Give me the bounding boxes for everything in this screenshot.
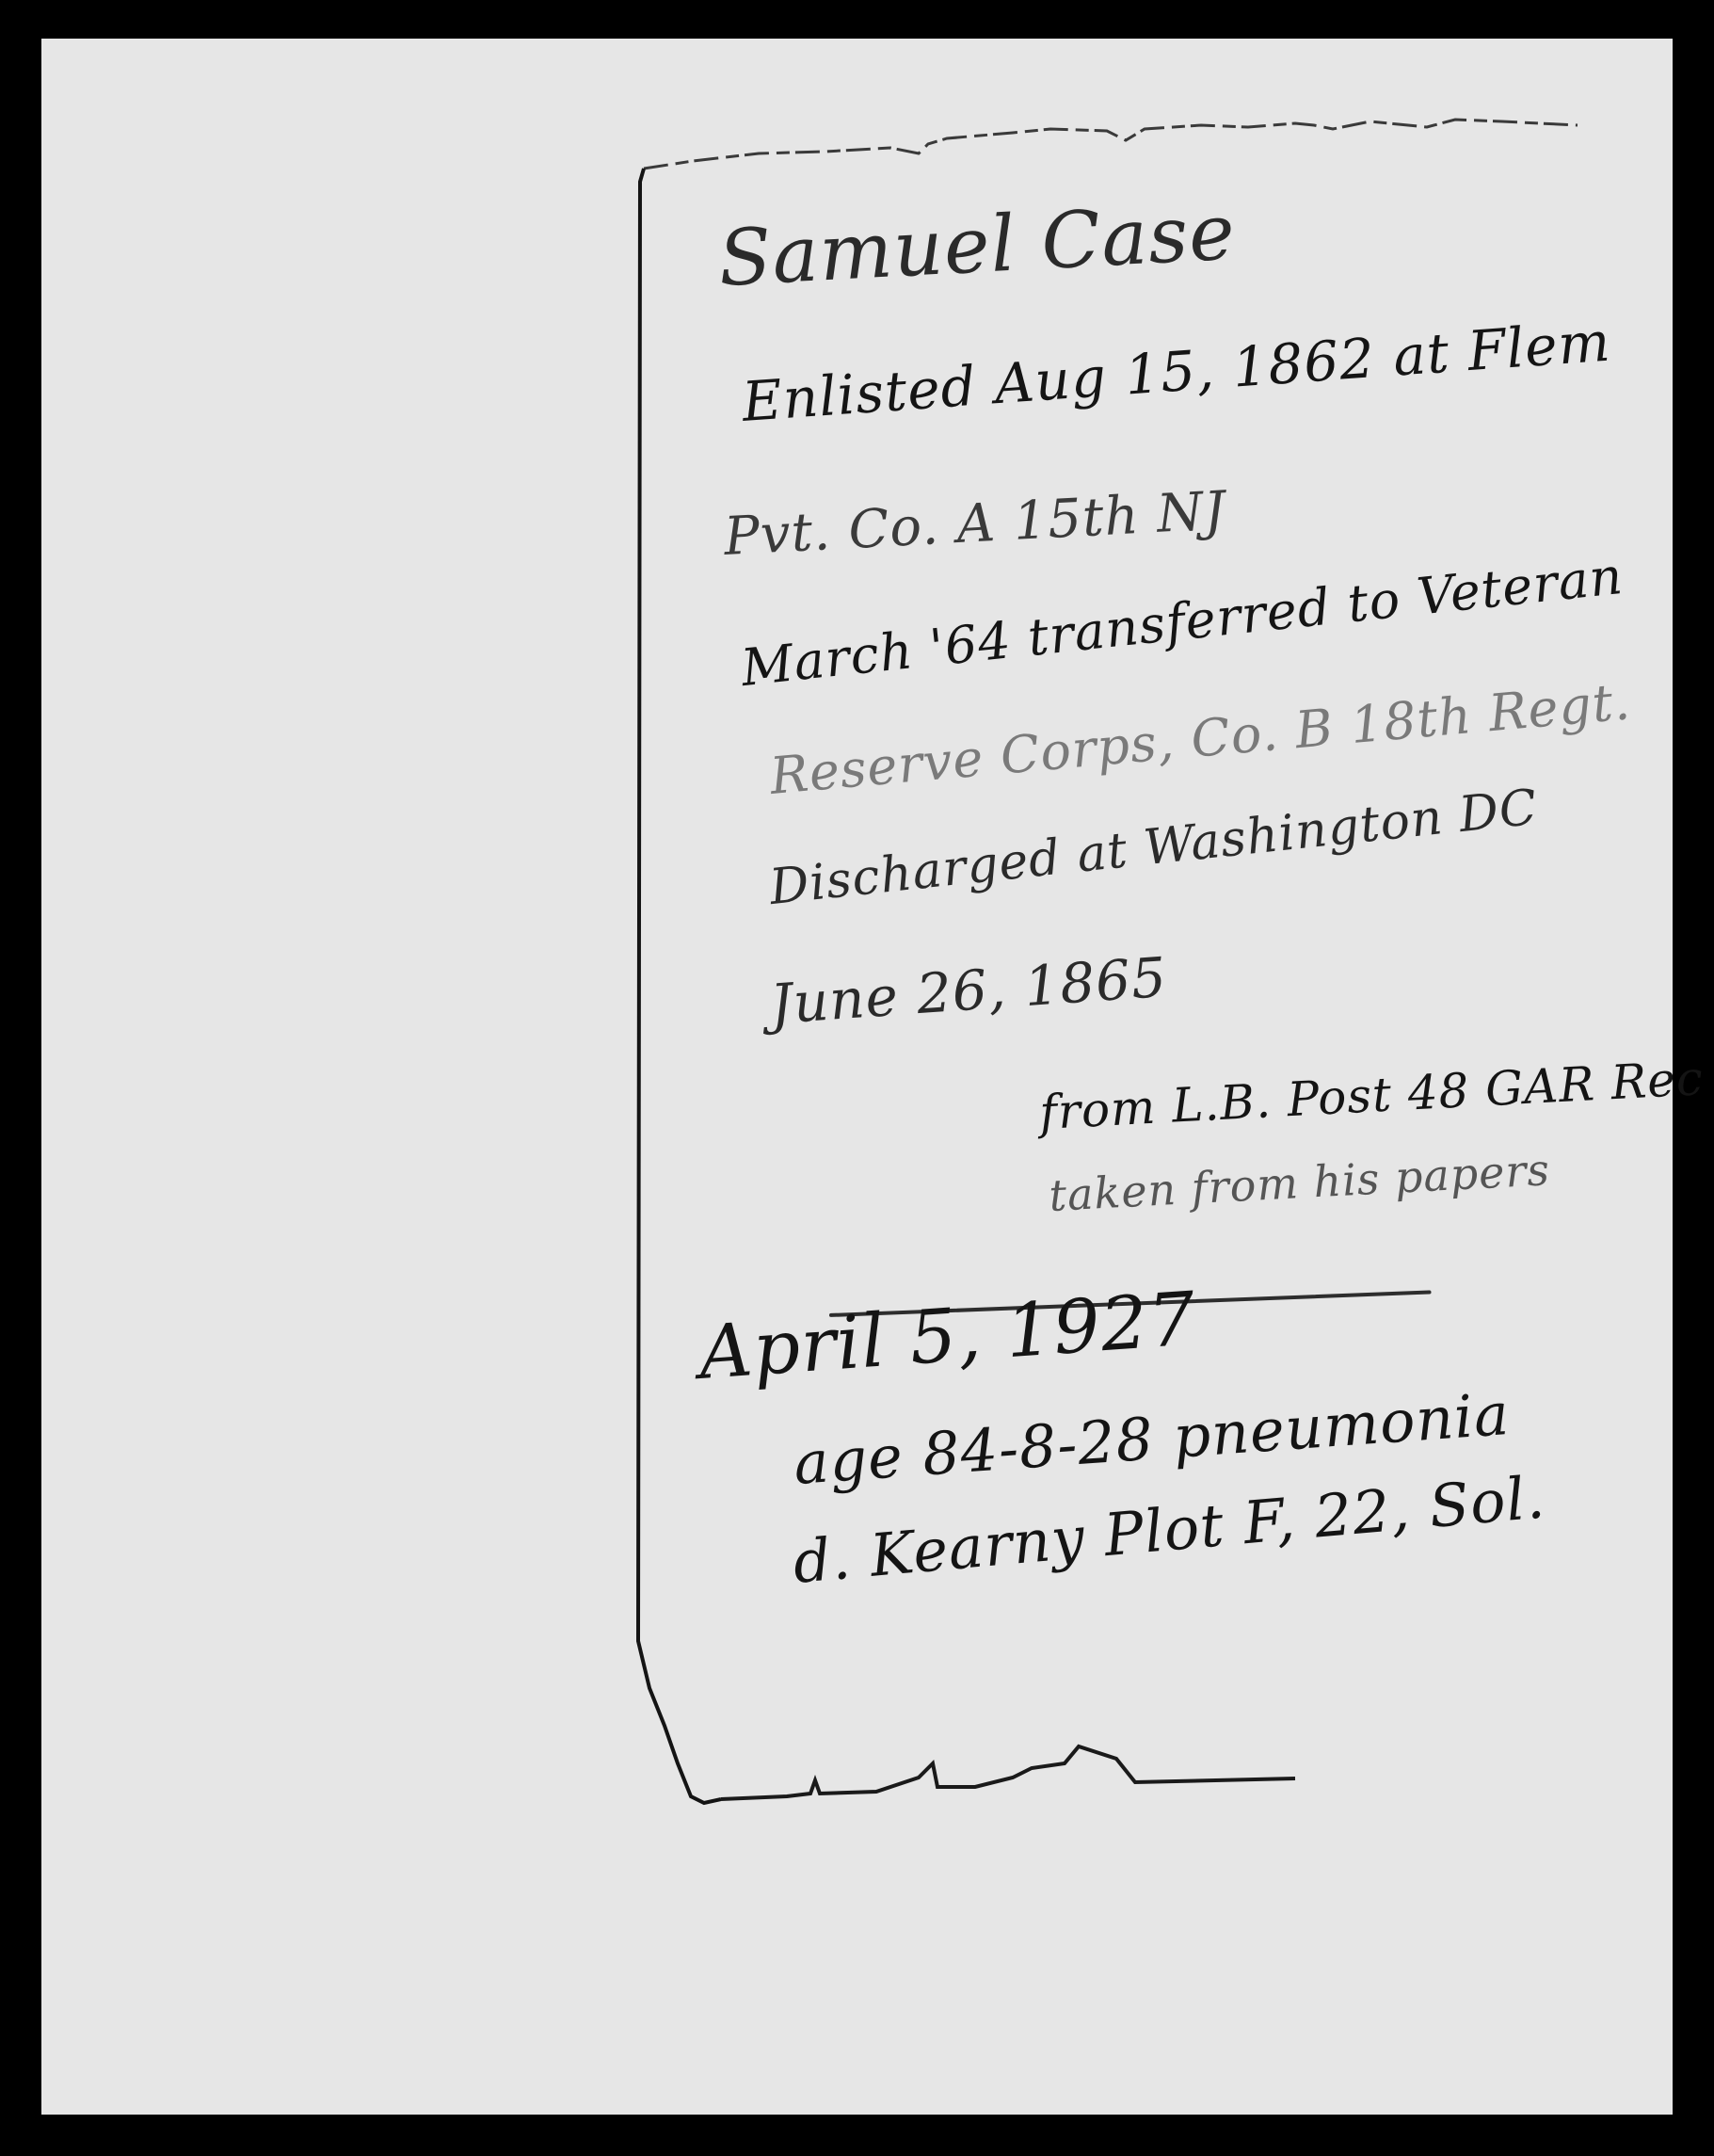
torn-paper-fragment: Samuel Case Enlisted Aug 15, 1862 at Fle… (636, 144, 1709, 1839)
scanned-page: Samuel Case Enlisted Aug 15, 1862 at Fle… (41, 39, 1673, 2115)
